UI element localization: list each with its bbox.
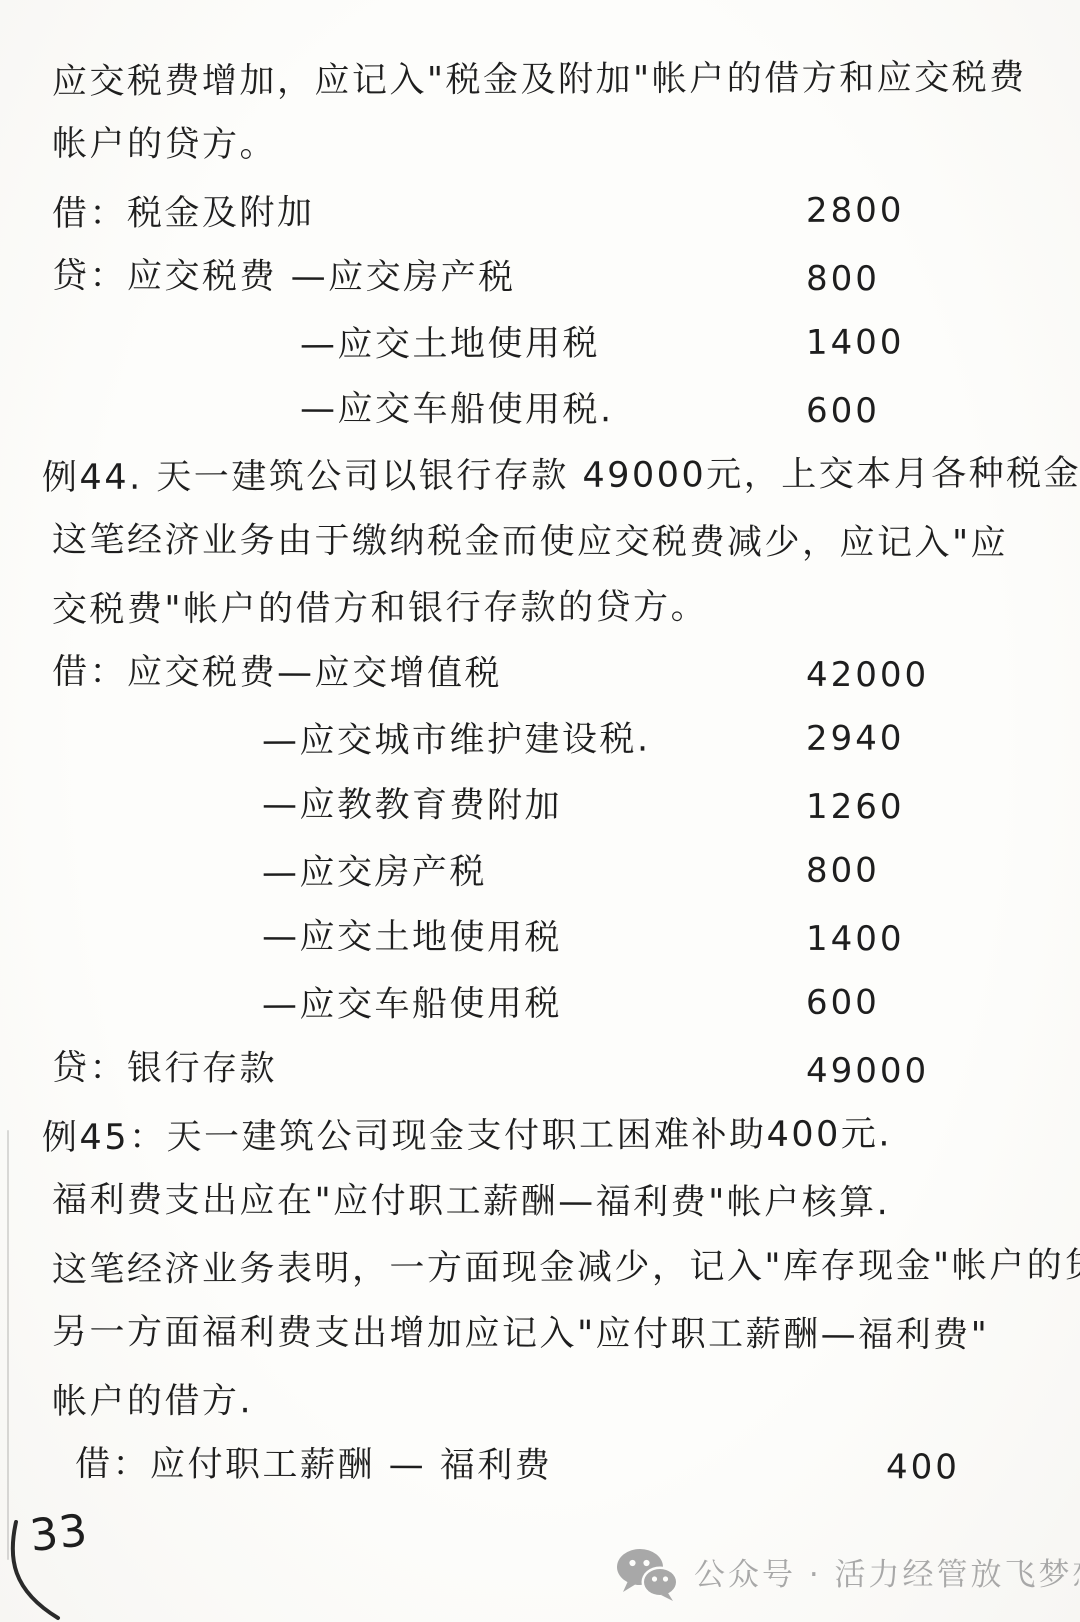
note-line: 福利费支出应在"应付职工薪酬—福利费"帐户核算. xyxy=(0,1168,1080,1238)
journal-entry-subaccount-line: —应交土地使用税 1400 xyxy=(0,904,1080,974)
line-text: 借：应交税费—应交增值税 xyxy=(52,652,502,694)
entry-amount: 600 xyxy=(806,971,880,1035)
line-text: —应交城市维护建设税. xyxy=(262,720,651,762)
notebook-page: 应交税费增加，应记入"税金及附加"帐户的借方和应交税费 帐户的贷方。 借：税金及… xyxy=(0,0,1080,1622)
line-text: 另一方面福利费支出增加应记入"应付职工薪酬—福利费" xyxy=(52,1312,989,1355)
line-text: 这笔经济业务表明，一方面现金减少，记入"库存现金"帐户的贷方， xyxy=(52,1245,1080,1290)
line-text: —应交房产税 xyxy=(262,852,487,893)
line-text: 交税费"帐户的借方和银行存款的贷方。 xyxy=(52,587,708,630)
journal-entry-subaccount-line: —应交房产税 800 xyxy=(0,838,1080,909)
line-text: 例45：天一建筑公司现金支付职工困难补助400元. xyxy=(42,1114,892,1158)
entry-amount: 2800 xyxy=(806,178,905,242)
line-text: —应教教育费附加 xyxy=(262,785,562,826)
note-line: 帐户的贷方。 xyxy=(0,112,1080,182)
journal-entry-debit-line: 借：税金及附加 2800 xyxy=(0,178,1080,249)
line-text: —应交土地使用税 xyxy=(262,917,562,958)
entry-amount: 1260 xyxy=(806,775,905,839)
wechat-icon xyxy=(616,1548,680,1602)
journal-entry-debit-line: 借：应交税费—应交增值税 42000 xyxy=(0,640,1080,710)
example-44-heading: 例44. 天一建筑公司以银行存款 49000元，上交本月各种税金 xyxy=(0,442,1080,513)
entry-amount: 800 xyxy=(806,247,880,311)
entry-amount: 800 xyxy=(806,839,880,903)
line-text: 例44. 天一建筑公司以银行存款 49000元，上交本月各种税金 xyxy=(42,454,1080,499)
note-line: 这笔经济业务由于缴纳税金而使应交税费减少，应记入"应 xyxy=(0,508,1080,578)
journal-entry-subaccount-line: —应交车船使用税. 600 xyxy=(0,376,1080,446)
entry-amount: 400 xyxy=(886,1435,960,1499)
entry-amount: 49000 xyxy=(806,1039,929,1103)
entry-amount: 1400 xyxy=(806,907,905,971)
entry-amount: 42000 xyxy=(806,643,929,707)
journal-entry-credit-line: 贷：银行存款 49000 xyxy=(0,1036,1080,1106)
line-text: 帐户的借方. xyxy=(52,1381,253,1422)
journal-entry-credit-line: 贷：应交税费 —应交房产税 800 xyxy=(0,244,1080,314)
line-text: 贷：银行存款 xyxy=(52,1048,277,1089)
watermark-label: 公众号 · 活力经管放飞梦想 xyxy=(694,1560,1080,1591)
journal-entry-subaccount-line: —应教教育费附加 1260 xyxy=(0,772,1080,842)
note-line: 帐户的借方. xyxy=(0,1366,1080,1437)
line-text: 贷：应交税费 —应交房产税 xyxy=(52,256,516,298)
example-45-heading: 例45：天一建筑公司现金支付职工困难补助400元. xyxy=(0,1102,1080,1173)
note-line: 交税费"帐户的借方和银行存款的贷方。 xyxy=(0,574,1080,645)
line-text: 福利费支出应在"应付职工薪酬—福利费"帐户核算. xyxy=(52,1180,890,1223)
line-text: —应交车船使用税. xyxy=(300,389,614,430)
journal-entry-debit-line: 借：应付职工薪酬 — 福利费 400 xyxy=(0,1432,1080,1502)
line-text: 帐户的贷方。 xyxy=(52,124,277,165)
journal-entry-subaccount-line: —应交城市维护建设税. 2940 xyxy=(0,706,1080,777)
note-line: 另一方面福利费支出增加应记入"应付职工薪酬—福利费" xyxy=(0,1300,1080,1370)
line-text: —应交车船使用税 xyxy=(262,984,562,1025)
line-text: 应交税费增加，应记入"税金及附加"帐户的借方和应交税费 xyxy=(52,58,1027,102)
line-text: 借：应付职工薪酬 — 福利费 xyxy=(75,1444,552,1486)
note-line: 这笔经济业务表明，一方面现金减少，记入"库存现金"帐户的贷方， xyxy=(0,1234,1080,1305)
watermark: 公众号 · 活力经管放飞梦想 xyxy=(616,1548,1080,1602)
page-curl-mark xyxy=(0,1520,80,1622)
entry-amount: 600 xyxy=(806,379,880,443)
line-text: 借：税金及附加 xyxy=(52,193,315,234)
line-text: 这笔经济业务由于缴纳税金而使应交税费减少，应记入"应 xyxy=(52,520,1008,563)
line-text: —应交土地使用税 xyxy=(300,324,600,365)
journal-entry-subaccount-line: —应交土地使用税 1400 xyxy=(0,310,1080,381)
entry-amount: 2940 xyxy=(806,706,905,770)
journal-entry-subaccount-line: —应交车船使用税 600 xyxy=(0,970,1080,1041)
entry-amount: 1400 xyxy=(806,310,905,374)
notes-body: 应交税费增加，应记入"税金及附加"帐户的借方和应交税费 帐户的贷方。 借：税金及… xyxy=(0,48,1080,1500)
note-line: 应交税费增加，应记入"税金及附加"帐户的借方和应交税费 xyxy=(0,46,1080,117)
